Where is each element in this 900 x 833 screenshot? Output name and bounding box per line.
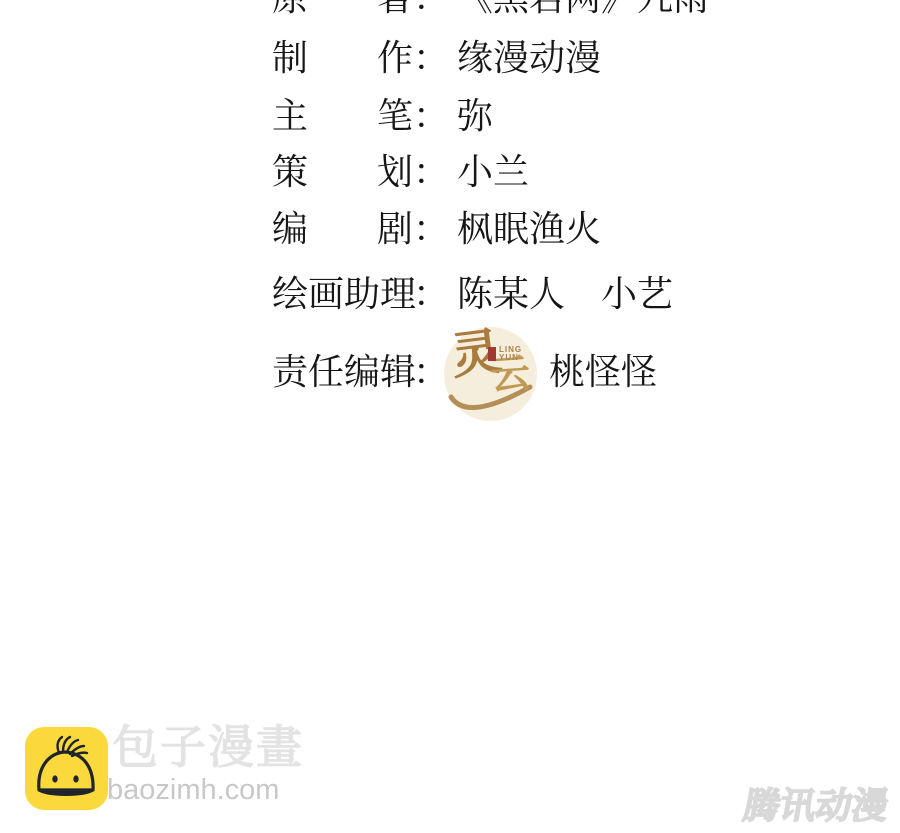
credit-label: 制作 <box>272 38 413 78</box>
credit-label: 责任编辑 <box>272 352 413 392</box>
credit-label: 绘画助理 <box>272 274 413 314</box>
credit-label: 原著 <box>272 0 413 18</box>
credit-row-art-assistants: 绘画助理 ： 陈某人 小艺 <box>272 274 673 314</box>
baozi-bun-icon <box>25 727 108 810</box>
credit-row-planning: 策划 ： 小兰 <box>272 152 529 192</box>
credit-label: 编剧 <box>272 209 413 249</box>
credit-row-original-work: 原著 ： 《黑岩网》九雨 <box>272 0 709 18</box>
credit-colon: ： <box>413 0 449 18</box>
comic-credits-page: 原著 ： 《黑岩网》九雨 制作 ： 缘漫动漫 主笔 ： 弥 策划 ： 小兰 编剧… <box>0 0 900 833</box>
credit-colon: ： <box>413 96 449 136</box>
credit-value: 《黑岩网》九雨 <box>457 0 709 18</box>
tencent-comics-watermark: 腾讯动漫 <box>740 783 892 829</box>
credit-row-lead-artist: 主笔 ： 弥 <box>272 96 493 136</box>
credit-value: 缘漫动漫 <box>457 38 601 78</box>
red-seal-icon <box>488 347 496 361</box>
site-url: baozimh.com <box>107 774 279 806</box>
credit-value: 枫眠渔火 <box>457 209 601 249</box>
credit-label: 策划 <box>272 152 413 192</box>
credit-value: 小兰 <box>457 152 529 192</box>
credit-label: 主笔 <box>272 96 413 136</box>
credit-row-screenwriter: 编剧 ： 枫眠渔火 <box>272 209 601 249</box>
credit-colon: ： <box>413 152 449 192</box>
seal-latin-line2: YUN <box>499 354 522 362</box>
credit-row-production: 制作 ： 缘漫动漫 <box>272 38 601 78</box>
site-name: 包子漫畫 <box>112 722 304 772</box>
lingyun-seal-logo: 灵 云 LING YUN <box>444 327 537 421</box>
credit-colon: ： <box>413 209 449 249</box>
credit-value: 弥 <box>457 96 493 136</box>
credit-value: 桃怪怪 <box>549 352 657 392</box>
credit-colon: ： <box>413 38 449 78</box>
seal-latin-text: LING YUN <box>499 346 522 362</box>
credit-colon: ： <box>413 274 449 314</box>
credit-value: 陈某人 小艺 <box>457 274 673 314</box>
